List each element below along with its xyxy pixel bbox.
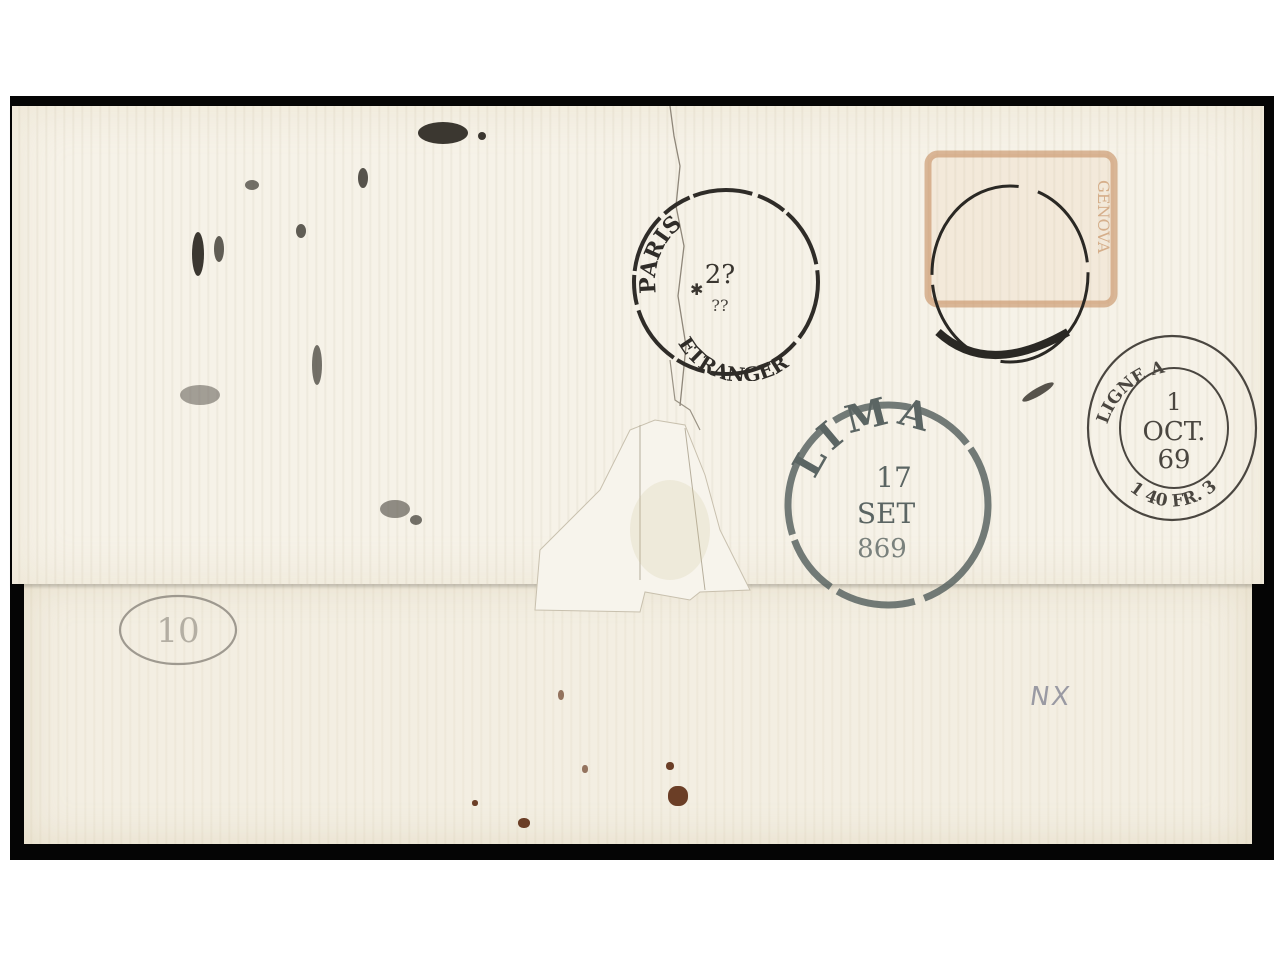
paris-bottom-text: ETRANGER <box>673 332 792 381</box>
foxing-spot <box>668 786 688 806</box>
svg-text:LIMA: LIMA <box>783 395 940 484</box>
ligne-bottom-text: 1 40 FR. 3 <box>1126 476 1221 511</box>
ink-blot <box>312 345 322 385</box>
postmark-lima: LIMA 17 SET 869 <box>782 395 996 623</box>
ink-blot <box>192 232 204 276</box>
lima-top-text: LIMA <box>783 395 940 484</box>
foxing-spot <box>518 818 530 828</box>
lima-year: 869 <box>857 534 907 564</box>
pencil-annotation: NX <box>1028 682 1073 712</box>
svg-text:1 40 FR. 3: 1 40 FR. 3 <box>1126 476 1221 511</box>
ink-blot <box>478 132 486 140</box>
foxing-spot <box>558 690 564 700</box>
ligne-year: 69 <box>1157 445 1190 475</box>
lima-month: SET <box>857 497 916 530</box>
foxing-spot <box>472 800 478 806</box>
ink-blot <box>410 515 422 525</box>
postmark-dark-oval <box>918 182 1098 374</box>
ink-blot <box>418 122 468 144</box>
ink-blot <box>296 224 306 238</box>
svg-text:✱: ✱ <box>690 280 703 299</box>
ligne-month: OCT. <box>1143 417 1206 447</box>
rate-text: 10 <box>156 611 199 651</box>
paris-day: 2? <box>705 260 735 290</box>
ink-blot <box>358 168 368 188</box>
ink-blot <box>214 236 224 262</box>
postmark-ligne-a: LIGNE A 1 40 FR. 3 1 OCT. 69 <box>1084 330 1260 526</box>
foxing-spot <box>582 765 588 773</box>
foxing-spot <box>666 762 674 770</box>
torn-seal-flap <box>520 360 770 620</box>
ink-blot <box>245 180 259 190</box>
ligne-top-text: LIGNE A <box>1093 357 1167 426</box>
paris-top-text: PARIS <box>635 210 687 294</box>
postmark-rate-10: 10 <box>116 592 240 670</box>
ink-blot <box>180 385 220 405</box>
paris-month: ?? <box>711 296 728 315</box>
svg-text:ETRANGER: ETRANGER <box>673 332 792 381</box>
svg-text:LIGNE A: LIGNE A <box>1093 357 1167 426</box>
ink-blot <box>380 500 410 518</box>
svg-text:PARIS: PARIS <box>635 210 687 294</box>
postmark-paris-etranger: PARIS ETRANGER 2? ?? ✱ <box>628 183 824 381</box>
lima-day: 17 <box>876 461 912 494</box>
ligne-day: 1 <box>1166 388 1181 416</box>
